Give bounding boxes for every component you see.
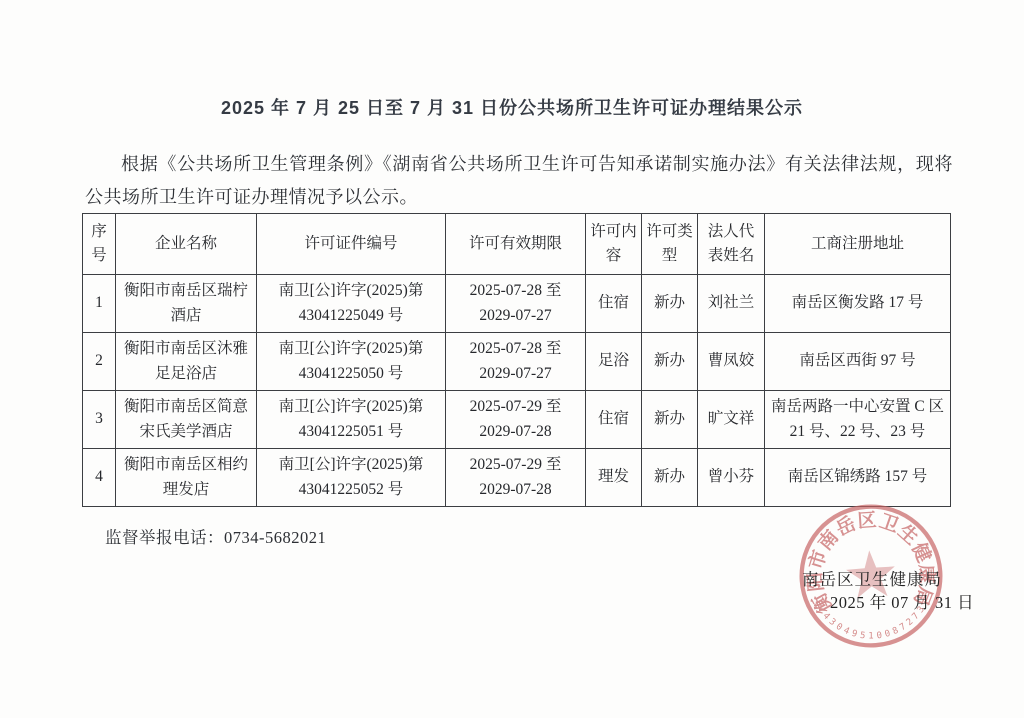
intro-paragraph: 根据《公共场所卫生管理条例》《湖南省公共场所卫生许可告知承诺制实施办法》有关法律… xyxy=(85,148,953,214)
cell-address: 南岳区衡发路 17 号 xyxy=(765,275,951,333)
table-header-row: 序号 企业名称 许可证件编号 许可有效期限 许可内容 许可类型 法人代表姓名 工… xyxy=(83,214,951,275)
cell-company: 衡阳市南岳区瑞柠酒店 xyxy=(116,275,257,333)
cell-validity: 2025-07-28 至 2029-07-27 xyxy=(446,333,586,391)
cell-type: 新办 xyxy=(642,333,698,391)
permit-result-table: 序号 企业名称 许可证件编号 许可有效期限 许可内容 许可类型 法人代表姓名 工… xyxy=(82,213,951,507)
column-header-legal-rep: 法人代表姓名 xyxy=(698,214,765,275)
cell-validity: 2025-07-28 至 2029-07-27 xyxy=(446,275,586,333)
page-title: 2025 年 7 月 25 日至 7 月 31 日份公共场所卫生许可证办理结果公… xyxy=(0,94,1024,120)
cell-company: 衡阳市南岳区沐雅足足浴店 xyxy=(116,333,257,391)
cell-content: 足浴 xyxy=(586,333,642,391)
svg-text:5: 5 xyxy=(859,631,866,642)
cell-seq: 1 xyxy=(83,275,116,333)
cell-validity: 2025-07-29 至 2029-07-28 xyxy=(446,449,586,507)
cell-cert-no: 南卫[公]许字(2025)第 43041225050 号 xyxy=(257,333,446,391)
issuing-authority: 南岳区卫生健康局 xyxy=(802,566,942,590)
cell-seq: 4 xyxy=(83,449,116,507)
cell-seq: 3 xyxy=(83,391,116,449)
cell-legal-rep: 刘社兰 xyxy=(698,275,765,333)
cell-content: 住宿 xyxy=(586,391,642,449)
column-header-address: 工商注册地址 xyxy=(765,214,951,275)
cell-type: 新办 xyxy=(642,275,698,333)
cell-content: 住宿 xyxy=(586,275,642,333)
cell-content: 理发 xyxy=(586,449,642,507)
scanned-notice-page: 2025 年 7 月 25 日至 7 月 31 日份公共场所卫生许可证办理结果公… xyxy=(0,0,1024,718)
column-header-content: 许可内容 xyxy=(586,214,642,275)
column-header-type: 许可类型 xyxy=(642,214,698,275)
cell-legal-rep: 旷文祥 xyxy=(698,391,765,449)
supervision-hotline: 监督举报电话：0734-5682021 xyxy=(105,524,326,548)
svg-text:区: 区 xyxy=(857,509,878,532)
svg-text:0: 0 xyxy=(884,629,892,640)
column-header-seq: 序号 xyxy=(83,214,116,275)
table-row: 4 衡阳市南岳区相约理发店 南卫[公]许字(2025)第 43041225052… xyxy=(83,449,951,507)
cell-legal-rep: 曹凤姣 xyxy=(698,333,765,391)
cell-cert-no: 南卫[公]许字(2025)第 43041225049 号 xyxy=(257,275,446,333)
svg-text:4: 4 xyxy=(842,626,851,637)
cell-legal-rep: 曾小芬 xyxy=(698,449,765,507)
table-row: 1 衡阳市南岳区瑞柠酒店 南卫[公]许字(2025)第 43041225049 … xyxy=(83,275,951,333)
table-row: 2 衡阳市南岳区沐雅足足浴店 南卫[公]许字(2025)第 4304122505… xyxy=(83,333,951,391)
column-header-validity: 许可有效期限 xyxy=(446,214,586,275)
column-header-company: 企业名称 xyxy=(116,214,257,275)
issue-date: 2025 年 07 月 31 日 xyxy=(830,589,974,613)
svg-text:1: 1 xyxy=(868,632,873,642)
cell-address: 南岳区西街 97 号 xyxy=(765,333,951,391)
svg-text:9: 9 xyxy=(850,629,858,640)
cell-type: 新办 xyxy=(642,391,698,449)
cell-type: 新办 xyxy=(642,449,698,507)
cell-cert-no: 南卫[公]许字(2025)第 43041225052 号 xyxy=(257,449,446,507)
cell-company: 衡阳市南岳区相约理发店 xyxy=(116,449,257,507)
cell-cert-no: 南卫[公]许字(2025)第 43041225051 号 xyxy=(257,391,446,449)
cell-seq: 2 xyxy=(83,333,116,391)
cell-company: 衡阳市南岳区简意宋氏美学酒店 xyxy=(116,391,257,449)
cell-address: 南岳两路一中心安置 C 区 21 号、22 号、23 号 xyxy=(765,391,951,449)
svg-text:0: 0 xyxy=(876,631,883,642)
cell-validity: 2025-07-29 至 2029-07-28 xyxy=(446,391,586,449)
table-row: 3 衡阳市南岳区简意宋氏美学酒店 南卫[公]许字(2025)第 43041225… xyxy=(83,391,951,449)
column-header-cert-no: 许可证件编号 xyxy=(257,214,446,275)
